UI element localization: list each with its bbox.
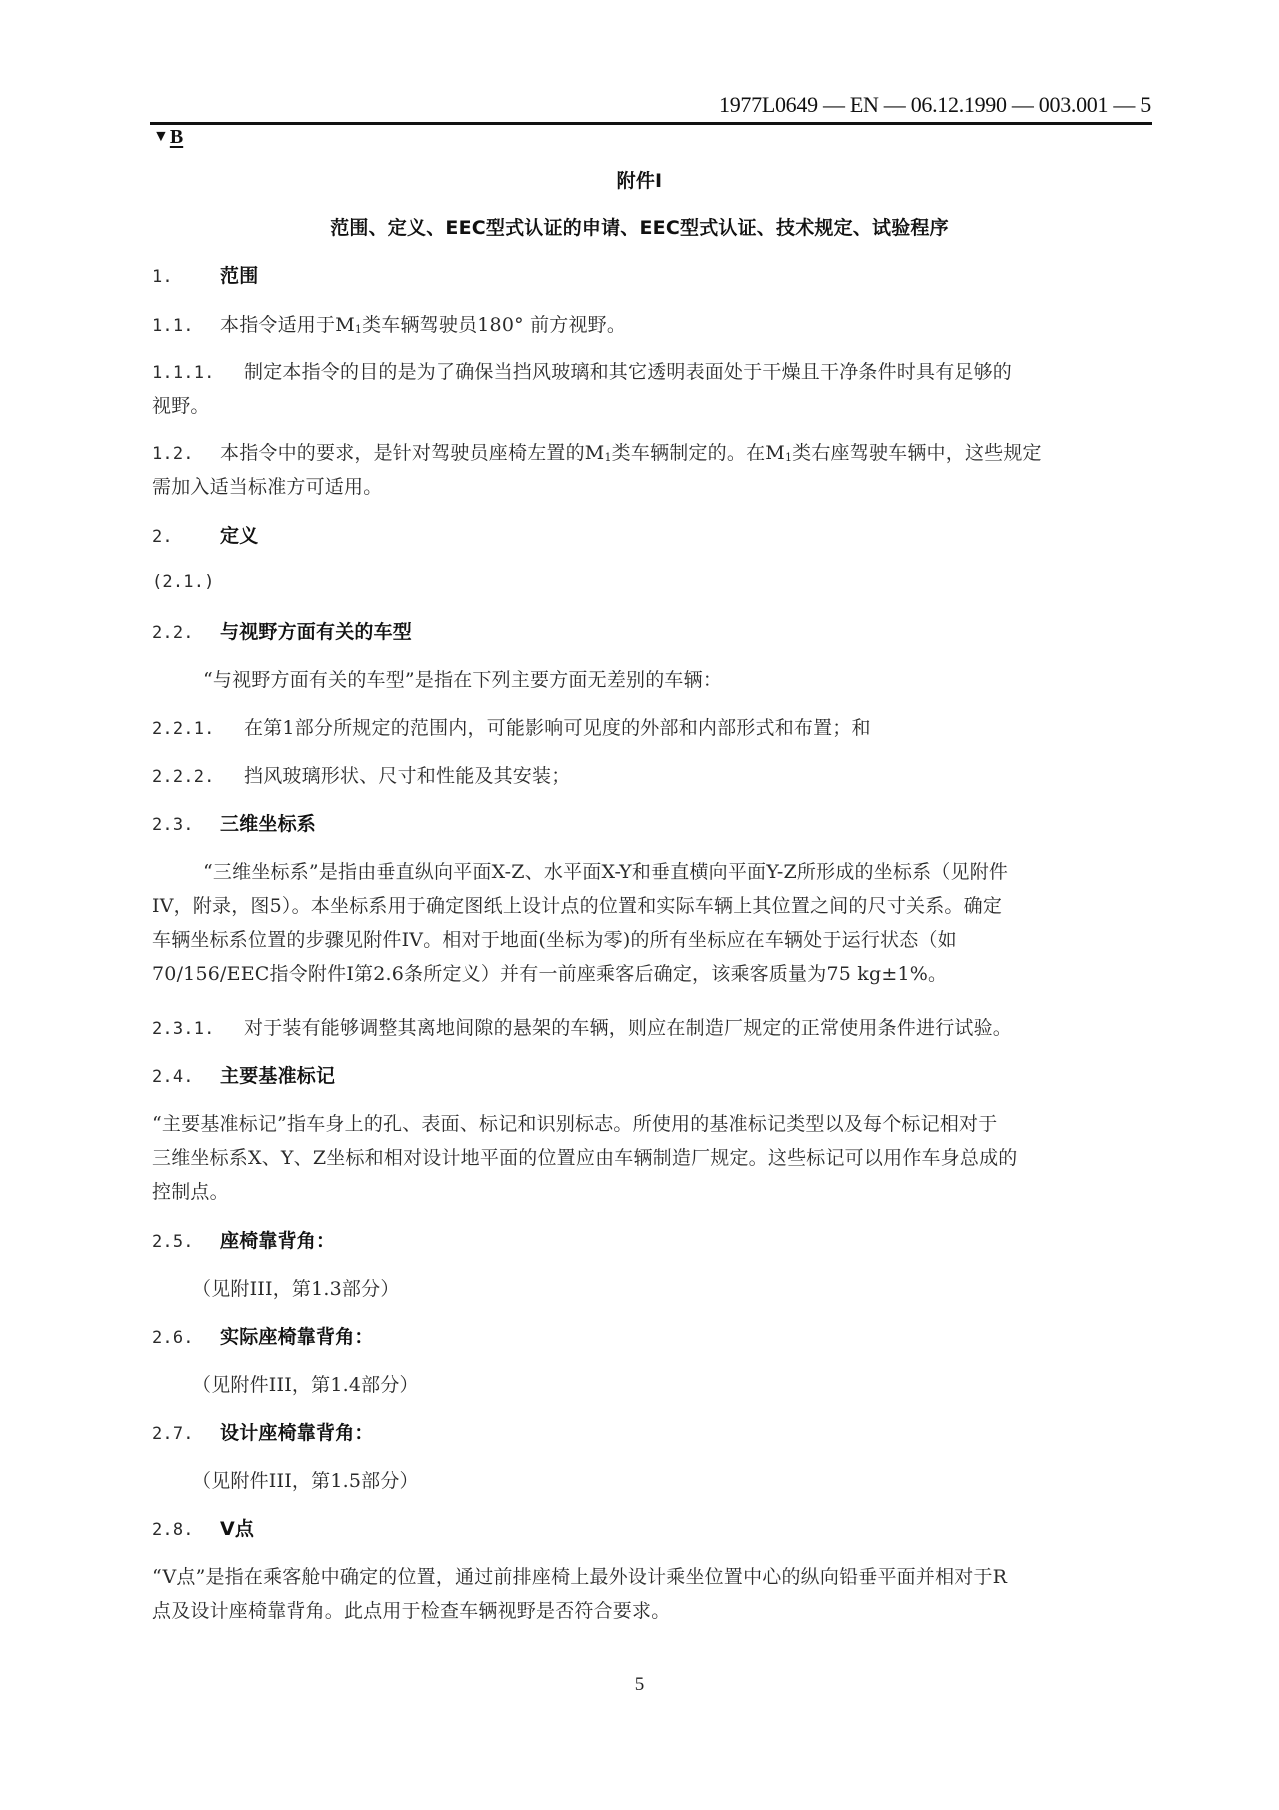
section-number: 2.3.1. xyxy=(152,1019,244,1039)
document-page: 1977L0649 — EN — 06.12.1990 — 003.001 — … xyxy=(0,0,1279,1810)
paragraph-text: 类右座驾驶车辆中，这些规定 xyxy=(792,442,1042,464)
annex-subtitle: 范围、定义、EEC型式认证的申请、EEC型式认证、技术规定、试验程序 xyxy=(0,213,1279,240)
section-1-2: 1.2.本指令中的要求，是针对驾驶员座椅左置的M1类车辆制定的。在M1类右座驾驶… xyxy=(152,438,1042,465)
section-title: V点 xyxy=(220,1518,254,1540)
section-title: 定义 xyxy=(220,525,258,547)
section-2-8-heading: 2.8.V点 xyxy=(152,1514,254,1541)
section-number: 1.2. xyxy=(152,444,220,464)
header-divider xyxy=(150,122,1152,125)
section-1-1-1: 1.1.1.制定本指令的目的是为了确保当挡风玻璃和其它透明表面处于干燥且干净条件… xyxy=(152,357,1012,384)
paragraph-text: 挡风玻璃形状、尺寸和性能及其安装； xyxy=(244,765,570,787)
section-2-2-2: 2.2.2.挡风玻璃形状、尺寸和性能及其安装； xyxy=(152,761,570,788)
section-title: 实际座椅靠背角： xyxy=(220,1326,374,1348)
section-2-4-line1: “主要基准标记”指车身上的孔、表面、标记和识别标志。所使用的基准标记类型以及每个… xyxy=(152,1109,997,1136)
section-2-4-heading: 2.4.主要基准标记 xyxy=(152,1061,335,1088)
section-2-8-line2: 点及设计座椅靠背角。此点用于检查车辆视野是否符合要求。 xyxy=(152,1596,670,1623)
section-2-4-line2: 三维坐标系X、Y、Z坐标和相对设计地平面的位置应由车辆制造厂规定。这些标记可以用… xyxy=(152,1143,1017,1170)
section-title: 范围 xyxy=(220,265,258,287)
section-title: 三维坐标系 xyxy=(220,813,316,835)
section-number: 2.2. xyxy=(152,623,220,643)
section-number: 2.7. xyxy=(152,1424,220,1444)
triangle-down-icon: ▼ xyxy=(153,128,169,145)
section-2-7-ref: （见附件III，第1.5部分） xyxy=(192,1466,419,1493)
section-2-3-line3: 车辆坐标系位置的步骤见附件IV。相对于地面(坐标为零)的所有坐标应在车辆处于运行… xyxy=(152,925,957,952)
section-number: 2.4. xyxy=(152,1067,220,1087)
section-number: 2.5. xyxy=(152,1232,220,1252)
section-2-8-line1: “V点”是指在乘客舱中确定的位置，通过前排座椅上最外设计乘坐位置中心的纵向铅垂平… xyxy=(152,1562,1007,1589)
section-title: 主要基准标记 xyxy=(220,1065,335,1087)
section-number: 2.8. xyxy=(152,1520,220,1540)
section-number: 2.2.1. xyxy=(152,719,244,739)
section-number: 2.6. xyxy=(152,1328,220,1348)
section-2-3-heading: 2.3.三维坐标系 xyxy=(152,809,316,836)
page-number: 5 xyxy=(0,1674,1279,1696)
section-number: 1. xyxy=(152,267,220,287)
section-2-4-line3: 控制点。 xyxy=(152,1177,229,1204)
section-2-6-heading: 2.6.实际座椅靠背角： xyxy=(152,1322,374,1349)
section-2-2-heading: 2.2.与视野方面有关的车型 xyxy=(152,617,412,644)
section-2-3-line2: IV，附录，图5）。本坐标系用于确定图纸上设计点的位置和实际车辆上其位置之间的尺… xyxy=(152,891,1002,918)
section-title: 与视野方面有关的车型 xyxy=(220,621,412,643)
section-number: 2.3. xyxy=(152,815,220,835)
paragraph-text: 对于装有能够调整其离地间隙的悬架的车辆，则应在制造厂规定的正常使用条件进行试验。 xyxy=(244,1017,1012,1039)
section-2-3-line4: 70/156/EEC指令附件I第2.6条所定义）并有一前座乘客后确定，该乘客质量… xyxy=(152,959,947,986)
section-title: 设计座椅靠背角： xyxy=(220,1422,374,1444)
paragraph-text: 本指令适用于M xyxy=(220,314,355,336)
section-2-heading: 2.定义 xyxy=(152,521,258,548)
section-title: 座椅靠背角： xyxy=(220,1230,335,1252)
section-2-2-body: “与视野方面有关的车型”是指在下列主要方面无差别的车辆： xyxy=(203,665,722,692)
section-2-5-heading: 2.5.座椅靠背角： xyxy=(152,1226,335,1253)
paragraph-text: 类车辆制定的。在M xyxy=(612,442,785,464)
section-2-3-1: 2.3.1.对于装有能够调整其离地间隙的悬架的车辆，则应在制造厂规定的正常使用条… xyxy=(152,1013,1012,1040)
section-1-1: 1.1.本指令适用于M1类车辆驾驶员180° 前方视野。 xyxy=(152,310,626,337)
section-1-heading: 1.范围 xyxy=(152,261,258,288)
section-2-2-1: 2.2.1.在第1部分所规定的范围内，可能影响可见度的外部和内部形式和布置；和 xyxy=(152,713,871,740)
section-2-3-line1: “三维坐标系”是指由垂直纵向平面X-Z、水平面X-Y和垂直横向平面Y-Z所形成的… xyxy=(203,857,1008,884)
annex-title: 附件I xyxy=(0,166,1279,193)
amendment-marker: ▼B xyxy=(153,126,183,149)
section-number: 2.2.2. xyxy=(152,767,244,787)
subscript: 1 xyxy=(355,323,362,336)
paragraph-text: 类车辆驾驶员180° 前方视野。 xyxy=(362,314,626,336)
subscript: 1 xyxy=(604,451,611,464)
section-2-1: (2.1.) xyxy=(152,570,215,592)
section-number: (2.1.) xyxy=(152,572,215,592)
section-number: 2. xyxy=(152,527,220,547)
document-reference: 1977L0649 — EN — 06.12.1990 — 003.001 — … xyxy=(719,92,1151,118)
section-2-6-ref: （见附件III，第1.4部分） xyxy=(192,1370,419,1397)
section-number: 1.1. xyxy=(152,316,220,336)
section-number: 1.1.1. xyxy=(152,363,244,383)
marker-label: B xyxy=(170,126,183,148)
section-2-7-heading: 2.7.设计座椅靠背角： xyxy=(152,1418,374,1445)
section-1-2-cont: 需加入适当标准方可适用。 xyxy=(152,472,382,499)
paragraph-text: 本指令中的要求，是针对驾驶员座椅左置的M xyxy=(220,442,604,464)
section-2-5-ref: （见附III，第1.3部分） xyxy=(192,1274,400,1301)
paragraph-text: 在第1部分所规定的范围内，可能影响可见度的外部和内部形式和布置；和 xyxy=(244,717,871,739)
paragraph-text: 制定本指令的目的是为了确保当挡风玻璃和其它透明表面处于干燥且干净条件时具有足够的 xyxy=(244,361,1012,383)
section-1-1-1-cont: 视野。 xyxy=(152,391,210,418)
